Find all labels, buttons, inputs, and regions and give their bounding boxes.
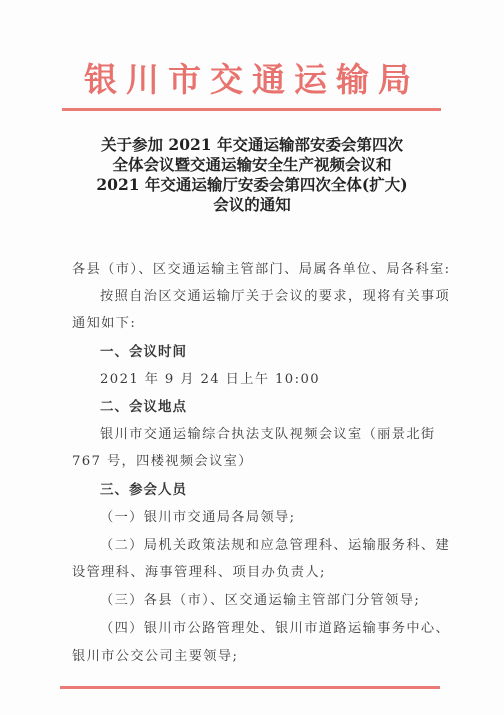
section-heading-time: 一、会议时间 bbox=[100, 343, 470, 361]
attendee-item-continued: 设管理科、海事管理科、项目办负责人; bbox=[72, 564, 442, 582]
attendee-item: （四）银川市公路管理处、银川市道路运输事务中心、 bbox=[100, 620, 470, 638]
notice-title-line: 2021 年交通运输厅安委会第四次全体(扩大) bbox=[60, 175, 444, 195]
intro-paragraph-line: 按照自治区交通运输厅关于会议的要求，现将有关事项 bbox=[100, 288, 470, 306]
notice-title: 关于参加 2021 年交通运输部安委会第四次 全体会议暨交通运输安全生产视频会议… bbox=[60, 135, 444, 215]
section-heading-location: 二、会议地点 bbox=[100, 398, 470, 416]
salutation: 各县（市）、区交通运输主管部门、局属各单位、局各科室: bbox=[72, 261, 442, 279]
meeting-location-line: 767 号，四楼视频会议室） bbox=[72, 453, 442, 471]
attendee-item: （三）各县（市）、区交通运输主管部门分管领导; bbox=[100, 592, 470, 610]
letterhead-divider bbox=[62, 108, 441, 111]
section-heading-attendees: 三、参会人员 bbox=[100, 481, 470, 499]
meeting-time: 2021 年 9 月 24 日上午 10:00 bbox=[100, 371, 470, 389]
notice-title-line: 全体会议暨交通运输安全生产视频会议和 bbox=[60, 155, 444, 175]
meeting-location-line: 银川市交通运输综合执法支队视频会议室（丽景北街 bbox=[100, 426, 470, 444]
document-page: 银川市交通运输局 关于参加 2021 年交通运输部安委会第四次 全体会议暨交通运… bbox=[0, 0, 504, 715]
letterhead-org-name: 银川市交通运输局 bbox=[62, 58, 442, 102]
notice-title-line: 关于参加 2021 年交通运输部安委会第四次 bbox=[60, 135, 444, 155]
attendee-item: （二）局机关政策法规和应急管理科、运输服务科、建 bbox=[100, 537, 470, 555]
attendee-item: （一）银川市交通局各局领导; bbox=[100, 509, 470, 527]
attendee-item-continued: 银川市公交公司主要领导; bbox=[72, 648, 442, 666]
intro-paragraph-line: 通知如下: bbox=[72, 315, 442, 333]
notice-title-line: 会议的通知 bbox=[60, 195, 444, 215]
footer-divider bbox=[60, 686, 440, 689]
